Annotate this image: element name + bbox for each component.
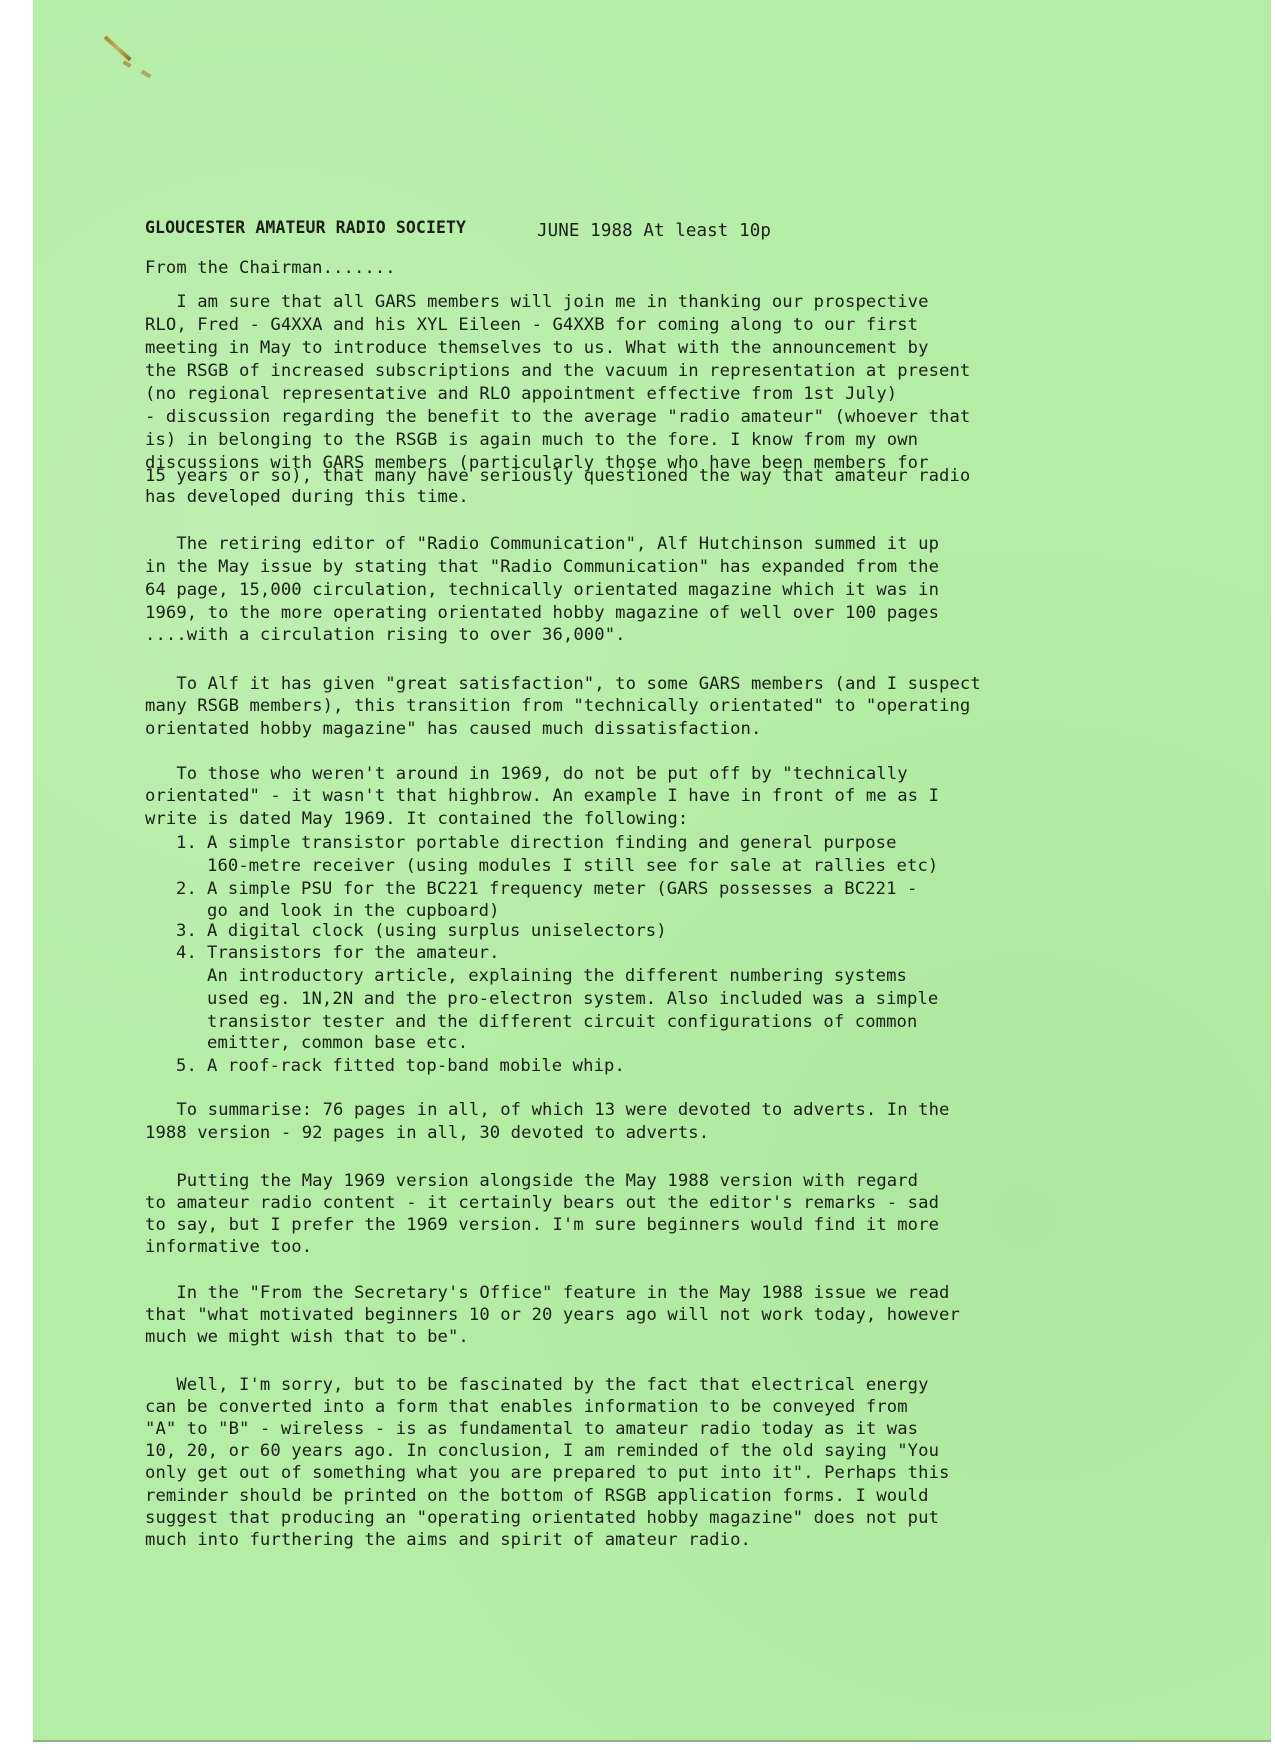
text-line: has developed during this time. <box>145 486 469 508</box>
text-line: A roof-rack fitted top-band mobile whip. <box>207 1055 625 1077</box>
text-line: that "what motivated beginners 10 or 20 … <box>145 1304 960 1326</box>
list-number: 4. <box>176 942 197 964</box>
staple-mark-icon <box>104 36 132 62</box>
text-line: (no regional representative and RLO appo… <box>145 383 897 405</box>
text-line: write is dated May 1969. It contained th… <box>145 808 688 830</box>
text-line: To those who weren't around in 1969, do … <box>145 763 908 785</box>
text-line: Putting the May 1969 version alongside t… <box>145 1170 918 1192</box>
text-line: many RSGB members), this transition from… <box>145 695 970 717</box>
text-line: to say, but I prefer the 1969 version. I… <box>145 1214 939 1236</box>
text-line: 15 years or so), that many have seriousl… <box>145 465 970 487</box>
text-line: informative too. <box>145 1236 312 1258</box>
text-line: transistor tester and the different circ… <box>207 1011 917 1033</box>
text-line: A simple PSU for the BC221 frequency met… <box>207 878 917 900</box>
text-line: 10, 20, or 60 years ago. In conclusion, … <box>145 1440 939 1462</box>
staple-fragment-icon <box>141 70 152 78</box>
text-line: orientated hobby magazine" has caused mu… <box>145 718 761 740</box>
text-line: in the May issue by stating that "Radio … <box>145 556 939 578</box>
section-title: From the Chairman....... <box>145 257 396 279</box>
text-line: To summarise: 76 pages in all, of which … <box>145 1099 949 1121</box>
staple-fragment-icon <box>123 60 132 67</box>
text-line: can be converted into a form that enable… <box>145 1396 908 1418</box>
text-line: 1969, to the more operating orientated h… <box>145 602 939 624</box>
text-line: much we might wish that to be". <box>145 1326 469 1348</box>
list-number: 2. <box>176 878 197 900</box>
text-line: much into furthering the aims and spirit… <box>145 1529 751 1551</box>
text-line: An introductory article, explaining the … <box>207 965 907 987</box>
society-name: GLOUCESTER AMATEUR RADIO SOCIETY <box>145 217 466 239</box>
text-line: 64 page, 15,000 circulation, technically… <box>145 579 939 601</box>
text-line: meeting in May to introduce themselves t… <box>145 337 929 359</box>
text-line: A digital clock (using surplus uniselect… <box>207 920 667 942</box>
text-line: reminder should be printed on the bottom… <box>145 1485 929 1507</box>
text-line: go and look in the cupboard) <box>207 900 500 922</box>
issue-line: JUNE 1988 At least 10p <box>537 220 771 242</box>
text-line: The retiring editor of "Radio Communicat… <box>145 533 939 555</box>
text-line: emitter, common base etc. <box>207 1032 468 1054</box>
list-number: 5. <box>176 1055 197 1077</box>
text-line: suggest that producing an "operating ori… <box>145 1507 939 1529</box>
text-line: A simple transistor portable direction f… <box>207 832 897 854</box>
text-line: RLO, Fred - G4XXA and his XYL Eileen - G… <box>145 314 918 336</box>
text-line: ....with a circulation rising to over 36… <box>145 624 626 646</box>
text-line: to amateur radio content - it certainly … <box>145 1192 939 1214</box>
text-line: orientated" - it wasn't that highbrow. A… <box>145 785 939 807</box>
text-line: To Alf it has given "great satisfaction"… <box>145 673 981 695</box>
list-number: 1. <box>176 832 197 854</box>
text-line: the RSGB of increased subscriptions and … <box>145 360 970 382</box>
text-line: is) in belonging to the RSGB is again mu… <box>145 429 918 451</box>
text-line: used eg. 1N,2N and the pro-electron syst… <box>207 988 938 1010</box>
text-line: 160-metre receiver (using modules I stil… <box>207 855 938 877</box>
text-line: In the "From the Secretary's Office" fea… <box>145 1282 949 1304</box>
text-line: only get out of something what you are p… <box>145 1462 949 1484</box>
text-line: 1988 version - 92 pages in all, 30 devot… <box>145 1122 709 1144</box>
list-number: 3. <box>176 920 197 942</box>
text-line: Well, I'm sorry, but to be fascinated by… <box>145 1374 929 1396</box>
text-line: I am sure that all GARS members will joi… <box>145 291 929 313</box>
text-line: Transistors for the amateur. <box>207 942 500 964</box>
text-line: "A" to "B" - wireless - is as fundamenta… <box>145 1418 918 1440</box>
text-line: - discussion regarding the benefit to th… <box>145 406 970 428</box>
